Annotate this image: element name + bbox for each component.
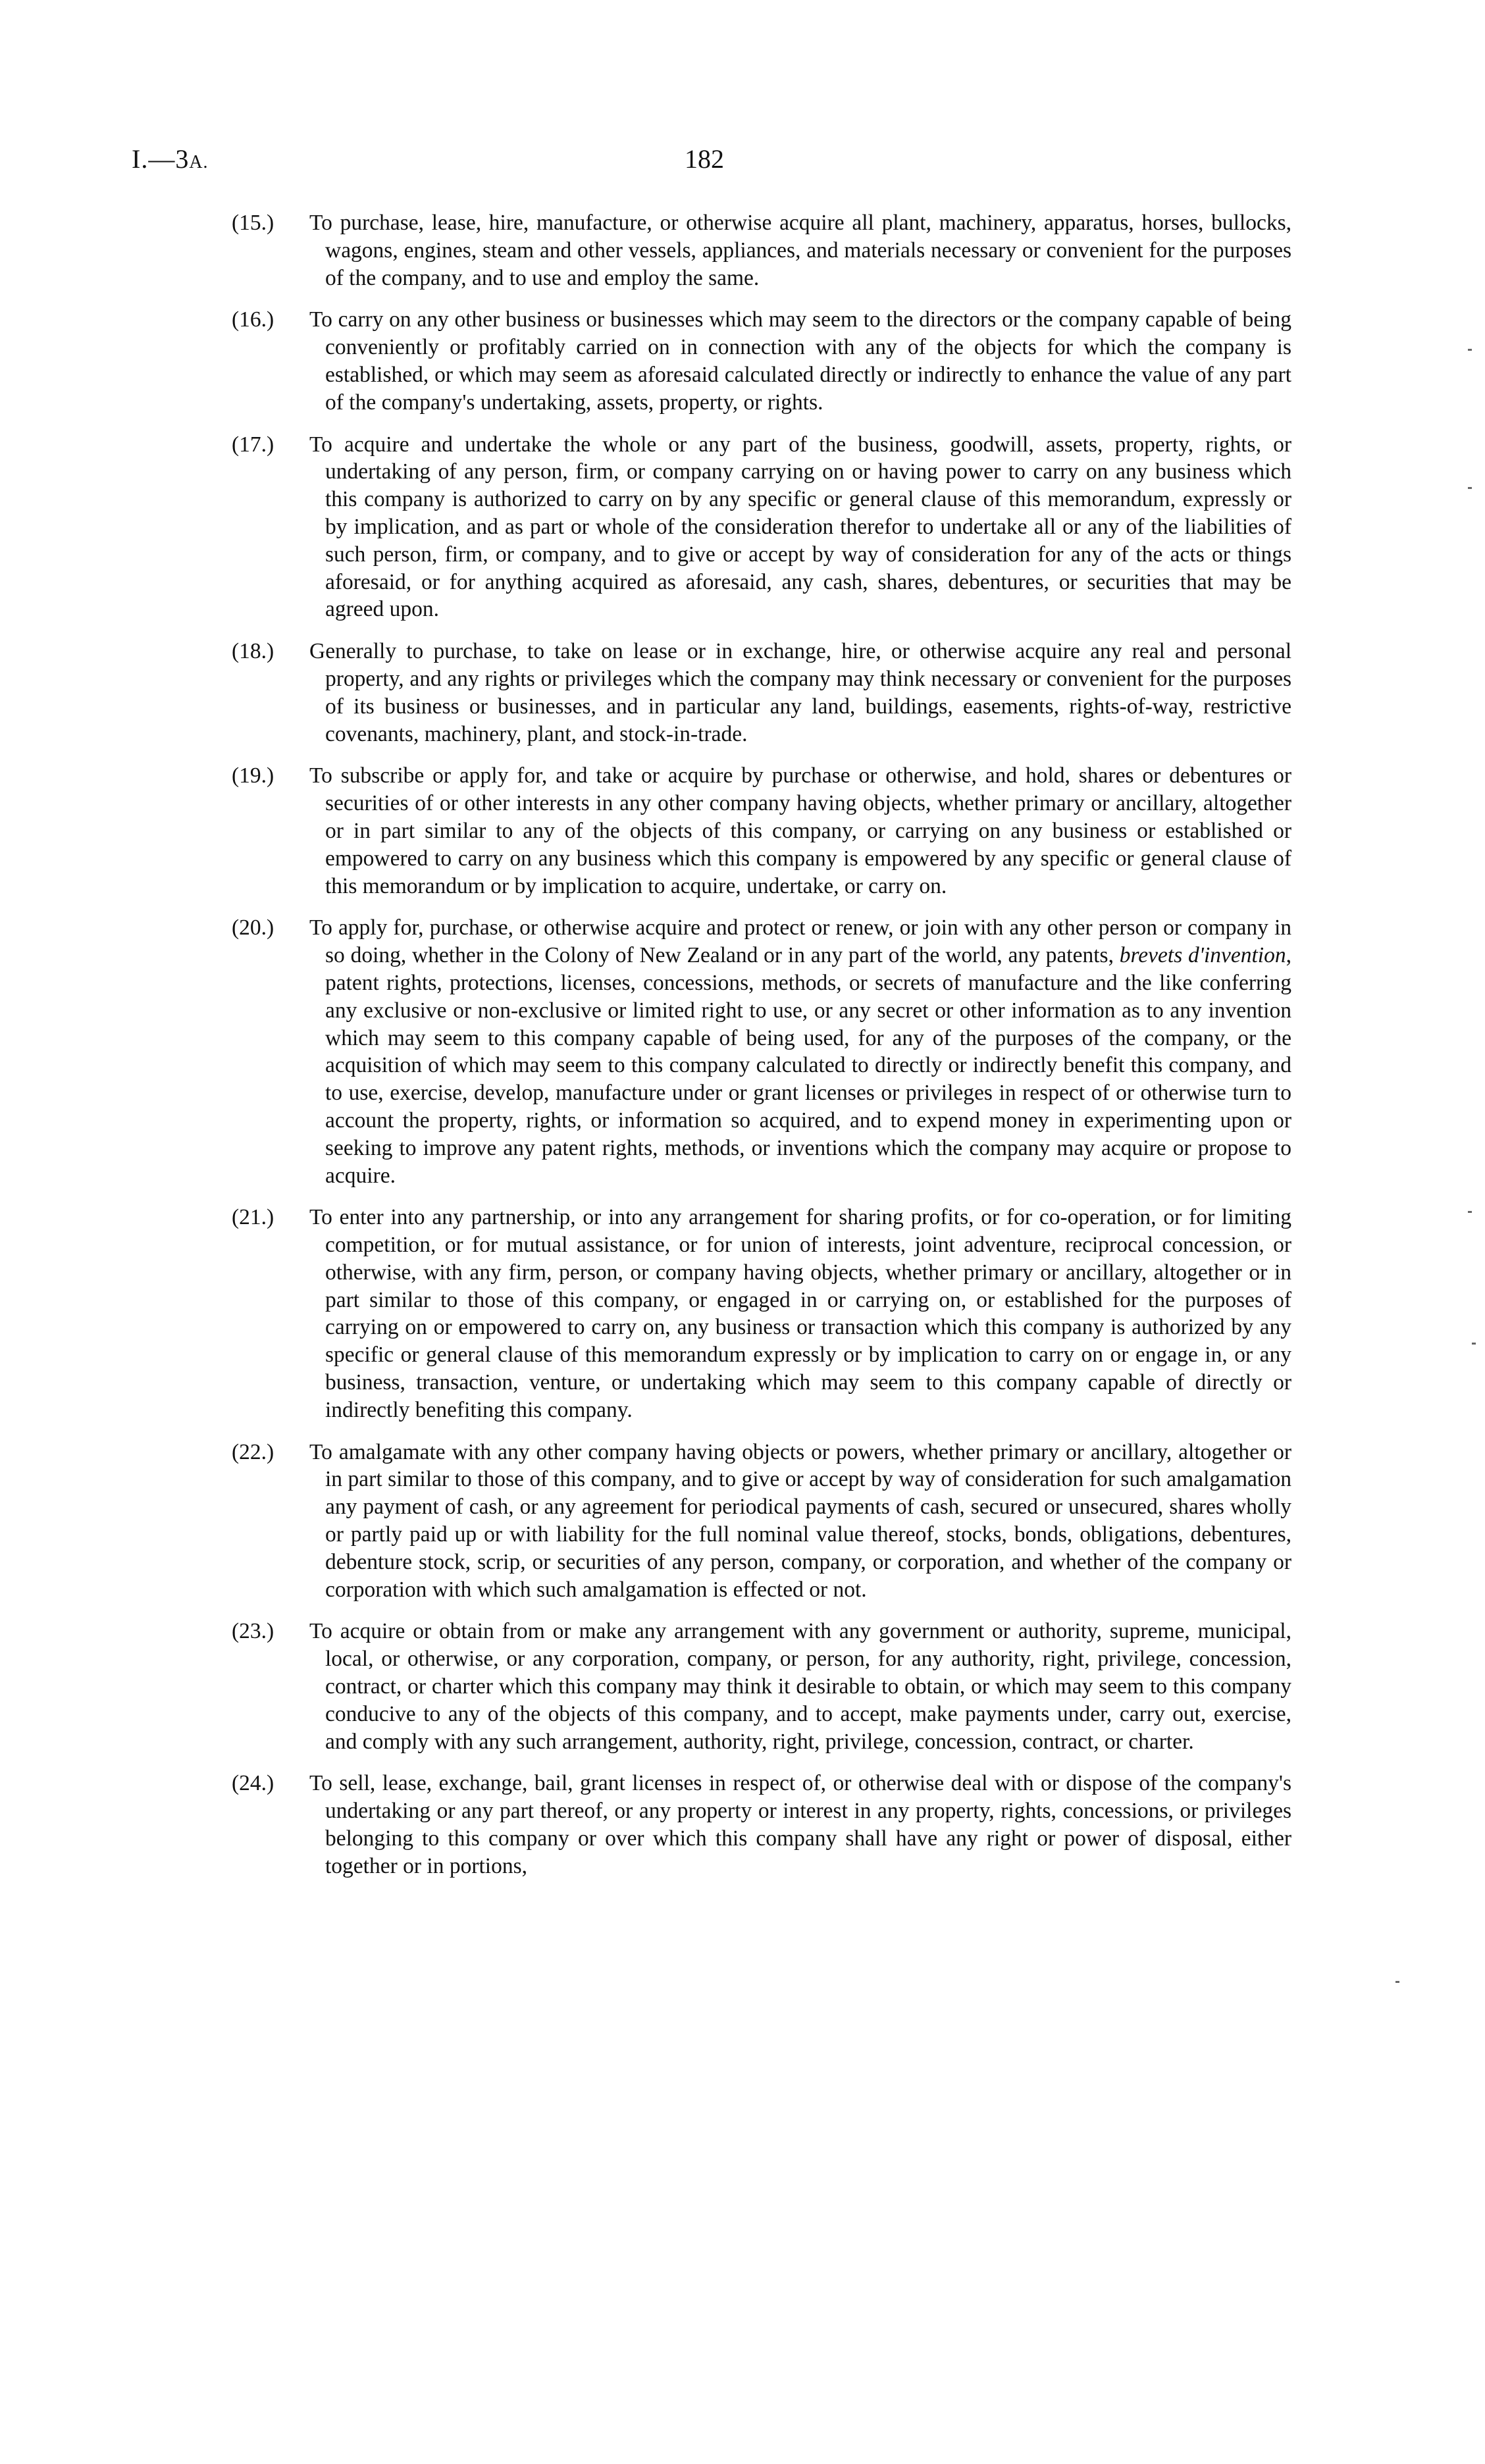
clause-text: To purchase, lease, hire, manufacture, o… [325,209,1291,292]
clause-22: (22.) To amalgamate with any other compa… [232,1439,1291,1604]
clause-15: (15.) To purchase, lease, hire, manufact… [232,209,1291,292]
clause-text: Generally to purchase, to take on lease … [325,638,1291,748]
clause-text: To amalgamate with any other company hav… [325,1439,1291,1604]
scan-speck [1472,1343,1476,1345]
clause-text: To sell, lease, exchange, bail, grant li… [325,1770,1291,1880]
clause-number: (17.) [232,431,274,459]
scan-speck [1468,487,1472,489]
clause-number: (24.) [232,1770,274,1797]
clause-text: To acquire and undertake the whole or an… [325,431,1291,624]
clause-text: To enter into any partnership, or into a… [325,1204,1291,1424]
clause-24: (24.) To sell, lease, exchange, bail, gr… [232,1770,1291,1880]
clause-text: To carry on any other business or busine… [325,306,1291,416]
document-reference: I.—3A. [132,143,209,174]
clause-23: (23.) To acquire or obtain from or make … [232,1618,1291,1755]
clause-text: To subscribe or apply for, and take or a… [325,762,1291,900]
clause-16: (16.) To carry on any other business or … [232,306,1291,416]
clause-text: To acquire or obtain from or make any ar… [325,1618,1291,1755]
clause-20: (20.) To apply for, purchase, or otherwi… [232,914,1291,1189]
clause-18: (18.) Generally to purchase, to take on … [232,638,1291,748]
clause-number: (15.) [232,209,274,237]
clause-text: To apply for, purchase, or otherwise acq… [325,914,1291,1189]
page-number: 182 [685,143,724,174]
clause-number: (16.) [232,306,274,334]
scan-speck [1468,1211,1472,1213]
scan-speck [1468,349,1472,351]
clause-text-part: , patent rights, protections, licenses, … [325,943,1291,1187]
clause-21: (21.) To enter into any partnership, or … [232,1204,1291,1424]
italic-foreign-phrase: brevets d'invention [1120,943,1286,967]
clause-number: (21.) [232,1204,274,1231]
clause-number: (23.) [232,1618,274,1645]
clause-17: (17.) To acquire and undertake the whole… [232,431,1291,624]
clause-number: (22.) [232,1439,274,1466]
clause-19: (19.) To subscribe or apply for, and tak… [232,762,1291,900]
scan-speck [1395,1981,1399,1983]
page-header: I.—3A. 182 [132,143,1316,183]
clause-list: (15.) To purchase, lease, hire, manufact… [232,209,1291,1895]
clause-number: (18.) [232,638,274,665]
clause-number: (20.) [232,914,274,942]
reference-suffix: A. [189,152,208,172]
clause-number: (19.) [232,762,274,790]
reference-main: I.—3 [132,144,189,174]
